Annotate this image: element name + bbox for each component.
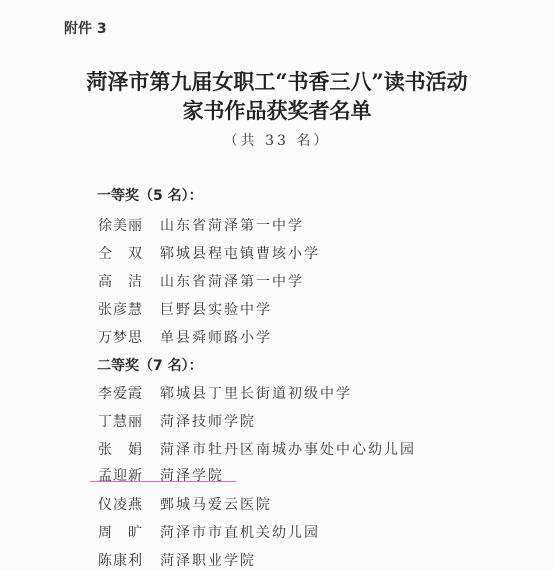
winner-org: 郓城县丁里长街道初级中学 [160,383,352,403]
winner-org: 鄄城马爱云医院 [160,494,272,514]
list-item: 李爱霞郓城县丁里长街道初级中学 [98,383,352,403]
winner-name: 周 旷 [98,522,160,542]
winner-org: 菏泽职业学院 [160,550,256,570]
list-item-highlighted: 孟迎新菏泽学院 [98,465,224,485]
list-item: 仝 双郓城县程屯镇曹垓小学 [98,243,320,263]
document-title-line2: 家书作品获奖者名单 [0,95,554,125]
list-item: 高 洁山东省菏泽第一中学 [98,271,304,291]
winner-name: 陈康利 [98,550,160,570]
winner-org: 菏泽市市直机关幼儿园 [160,522,320,542]
winner-org: 山东省菏泽第一中学 [160,271,304,291]
list-item: 周 旷菏泽市市直机关幼儿园 [98,522,320,542]
list-item: 张彦慧巨野县实验中学 [98,299,272,319]
winner-name: 李爱霞 [98,383,160,403]
winner-org: 菏泽技师学院 [160,411,256,431]
total-count: （共 33 名） [0,130,554,150]
winner-name: 万梦思 [98,327,160,347]
winner-org: 巨野县实验中学 [160,299,272,319]
winner-name: 张 娟 [98,439,160,459]
winner-org: 单县舜师路小学 [160,327,272,347]
list-item: 丁慧丽菏泽技师学院 [98,411,256,431]
winner-name: 高 洁 [98,271,160,291]
highlight-underline [90,481,236,482]
winner-name: 徐美丽 [98,215,160,235]
winner-name: 张彦慧 [98,299,160,319]
list-item: 万梦思单县舜师路小学 [98,327,272,347]
winner-org: 菏泽学院 [160,465,224,485]
list-item: 徐美丽山东省菏泽第一中学 [98,215,304,235]
attachment-label: 附件 3 [64,18,107,38]
winner-name: 丁慧丽 [98,411,160,431]
winner-org: 山东省菏泽第一中学 [160,215,304,235]
winner-org: 郓城县程屯镇曹垓小学 [160,243,320,263]
winner-name: 仪凌燕 [98,494,160,514]
document-title-line1: 菏泽市第九届女职工“书香三八”读书活动 [0,66,554,96]
winner-org: 菏泽市牡丹区南城办事处中心幼儿园 [160,439,416,459]
winner-name: 孟迎新 [98,465,160,485]
second-prize-heading: 二等奖（7 名）： [97,355,203,375]
first-prize-heading: 一等奖（5 名）： [97,185,203,205]
winner-name: 仝 双 [98,243,160,263]
list-item: 张 娟菏泽市牡丹区南城办事处中心幼儿园 [98,439,416,459]
list-item: 仪凌燕鄄城马爱云医院 [98,494,272,514]
list-item: 陈康利菏泽职业学院 [98,550,256,570]
